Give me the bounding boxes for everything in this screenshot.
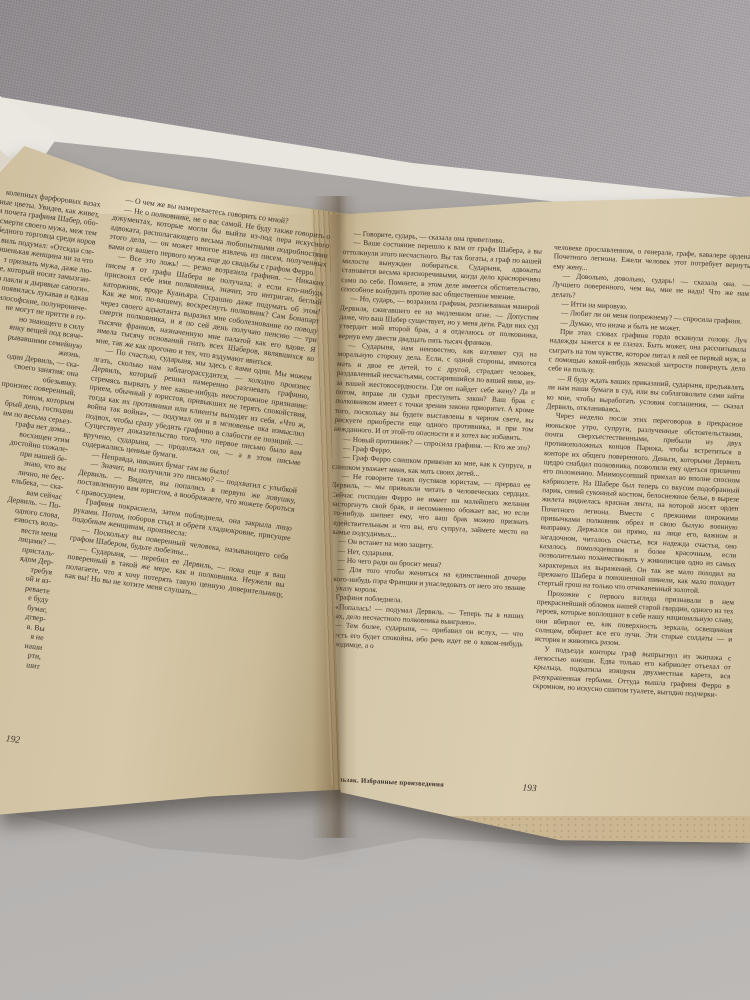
paragraph: Прохожие с первого взгляда признавали в … <box>535 588 735 654</box>
right-page-text: — Говорите, сударь, — сказала она привет… <box>328 224 746 843</box>
left-page: колепных фарфоровых вазахные цветы. Увид… <box>0 128 348 820</box>
paragraph: — Сударыня, нам неизвестно, как взглянет… <box>334 340 537 443</box>
paragraph: — Не говорите таких пустяков юристам, — … <box>329 471 531 546</box>
paragraph: — Ваше состояние перешло к вам от графа … <box>341 237 543 303</box>
page-footer: 25 Бальзак. Избранные произведения 193 <box>328 773 537 794</box>
right-column-2: человеке прославленном, о генерале, граф… <box>528 242 750 789</box>
page-number-193: 193 <box>522 783 537 794</box>
gutter-shadow <box>312 196 358 838</box>
right-page: — Говорите, сударь, — сказала она привет… <box>328 190 750 852</box>
left-page-text: колепных фарфоровых вазахные цветы. Увид… <box>0 158 346 820</box>
paragraph: У подъезда конторы граф выпрыгнул из эки… <box>532 644 731 700</box>
photo-scene: колепных фарфоровых вазахные цветы. Увид… <box>0 0 750 1000</box>
open-book: колепных фарфоровых вазахные цветы. Увид… <box>0 0 750 1000</box>
right-column-1: — Говорите, сударь, — сказала она привет… <box>328 228 543 775</box>
paragraph: Через неделю после этих переговоров в пр… <box>537 410 742 597</box>
